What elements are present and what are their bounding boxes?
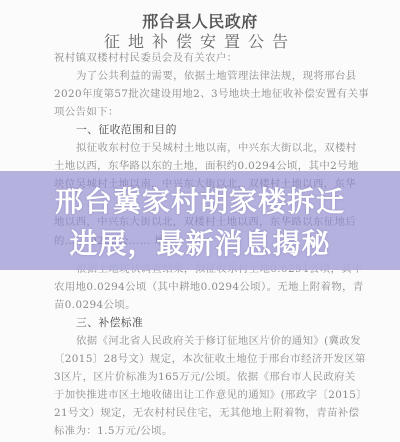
headline-line-2: 进展，最新消息揭秘 xyxy=(0,222,400,262)
notice-title: 征地补偿安置公告 xyxy=(0,29,400,52)
body-line: 3区片，区片价标准为165万元/公顷。依据《邢台市人民政府关 xyxy=(54,370,368,384)
body-line: 2020年度第57批次建设用地2、3号地块土地征收补偿安置有关事 xyxy=(54,87,368,101)
section-heading-1: 一、征收范围和目的 xyxy=(54,123,390,137)
body-line: 农用地0.0294公顷（其中耕地0.0294公顷）。无地上附着物，青 xyxy=(54,280,368,294)
body-line: 为了公共利益的需要，依据土地管理法律法规，现将邢台县 xyxy=(54,69,368,83)
headline-line-1: 邢台冀家村胡家楼拆迁 xyxy=(0,180,400,220)
body-line: 标准为：1.5万元/公顷。 xyxy=(54,424,368,438)
section-heading-3: 三、补偿标准 xyxy=(54,316,390,330)
body-line: 依据《河北省人民政府关于修订征地区片价的通知》(冀政发 xyxy=(54,334,368,348)
body-line: 〔2015〕28号文）规定，本次征收土地位于邢台市经济开发区第 xyxy=(54,352,368,366)
addressee-line: 祝村镇双楼村村民委员会及有关农户： xyxy=(54,51,368,65)
body-line: 苗0.0294公顷。 xyxy=(54,298,368,312)
body-line: 于加快推进市区土地收储出让工作意见的通知》(邢政字〔2015〕 xyxy=(54,388,368,402)
body-line: 拟征收东村位于吴城村土地以南，中兴东大街以北，双楼村 xyxy=(54,141,368,155)
body-line: 项公告如下： xyxy=(54,105,368,119)
body-line: 21号文）规定，无农村村民住宅，无其他地上附着物，青苗补偿 xyxy=(54,406,368,420)
